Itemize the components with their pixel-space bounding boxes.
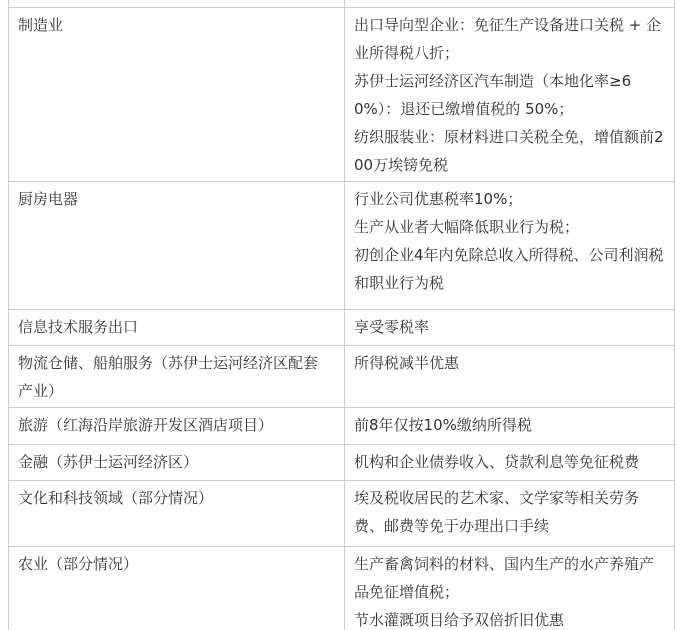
sector-cell: 旅游（红海沿岸旅游开发区酒店项目） bbox=[9, 408, 345, 445]
sector-cell: 农业（部分情况） bbox=[9, 547, 345, 630]
table-row: 旅游（红海沿岸旅游开发区酒店项目） 前8年仅按10%缴纳所得税 bbox=[9, 408, 675, 445]
sector-cell: 制造业 bbox=[9, 8, 345, 182]
benefit-cell: 所得税减半优惠 bbox=[345, 346, 675, 408]
benefit-cell: 机构和企业债券收入、贷款利息等免征税费 bbox=[345, 445, 675, 481]
table-row: 农业（部分情况） 生产畜禽饲料的材料、国内生产的水产养殖产 品免征增值税； 节水… bbox=[9, 547, 675, 630]
sector-cell: 厨房电器 bbox=[9, 182, 345, 310]
table-row: 文化和科技领域（部分情况） 埃及税收居民的艺术家、文学家等相关劳务 费、邮费等免… bbox=[9, 481, 675, 547]
benefit-cell: 生产畜禽饲料的材料、国内生产的水产养殖产 品免征增值税； 节水灌溉项目给予双倍折… bbox=[345, 547, 675, 630]
sector-cell: 金融（苏伊士运河经济区） bbox=[9, 445, 345, 481]
table-row: 制造业 出口导向型企业：免征生产设备进口关税 + 企 业所得税八折； 苏伊士运河… bbox=[9, 8, 675, 182]
tax-incentives-table: 制造业 出口导向型企业：免征生产设备进口关税 + 企 业所得税八折； 苏伊士运河… bbox=[8, 0, 675, 630]
benefit-cell: 行业公司优惠税率10%； 生产从业者大幅降低职业行为税； 初创企业4年内免除总收… bbox=[345, 182, 675, 310]
benefit-cell: 出口导向型企业：免征生产设备进口关税 + 企 业所得税八折； 苏伊士运河经济区汽… bbox=[345, 8, 675, 182]
sector-cell: 文化和科技领域（部分情况） bbox=[9, 481, 345, 547]
benefit-cell: 埃及税收居民的艺术家、文学家等相关劳务 费、邮费等免于办理出口手续 bbox=[345, 481, 675, 547]
table-row: 物流仓储、船舶服务（苏伊士运河经济区配套 产业） 所得税减半优惠 bbox=[9, 346, 675, 408]
table-row: 厨房电器 行业公司优惠税率10%； 生产从业者大幅降低职业行为税； 初创企业4年… bbox=[9, 182, 675, 310]
sector-cell: 物流仓储、船舶服务（苏伊士运河经济区配套 产业） bbox=[9, 346, 345, 408]
table-row: 金融（苏伊士运河经济区） 机构和企业债券收入、贷款利息等免征税费 bbox=[9, 445, 675, 481]
table-row-partial bbox=[9, 0, 675, 8]
document-page: 制造业 出口导向型企业：免征生产设备进口关税 + 企 业所得税八折； 苏伊士运河… bbox=[0, 0, 681, 630]
sector-cell: 信息技术服务出口 bbox=[9, 310, 345, 346]
benefit-cell: 享受零税率 bbox=[345, 310, 675, 346]
table-row: 信息技术服务出口 享受零税率 bbox=[9, 310, 675, 346]
sector-cell bbox=[9, 0, 345, 8]
benefit-cell bbox=[345, 0, 675, 8]
benefit-cell: 前8年仅按10%缴纳所得税 bbox=[345, 408, 675, 445]
